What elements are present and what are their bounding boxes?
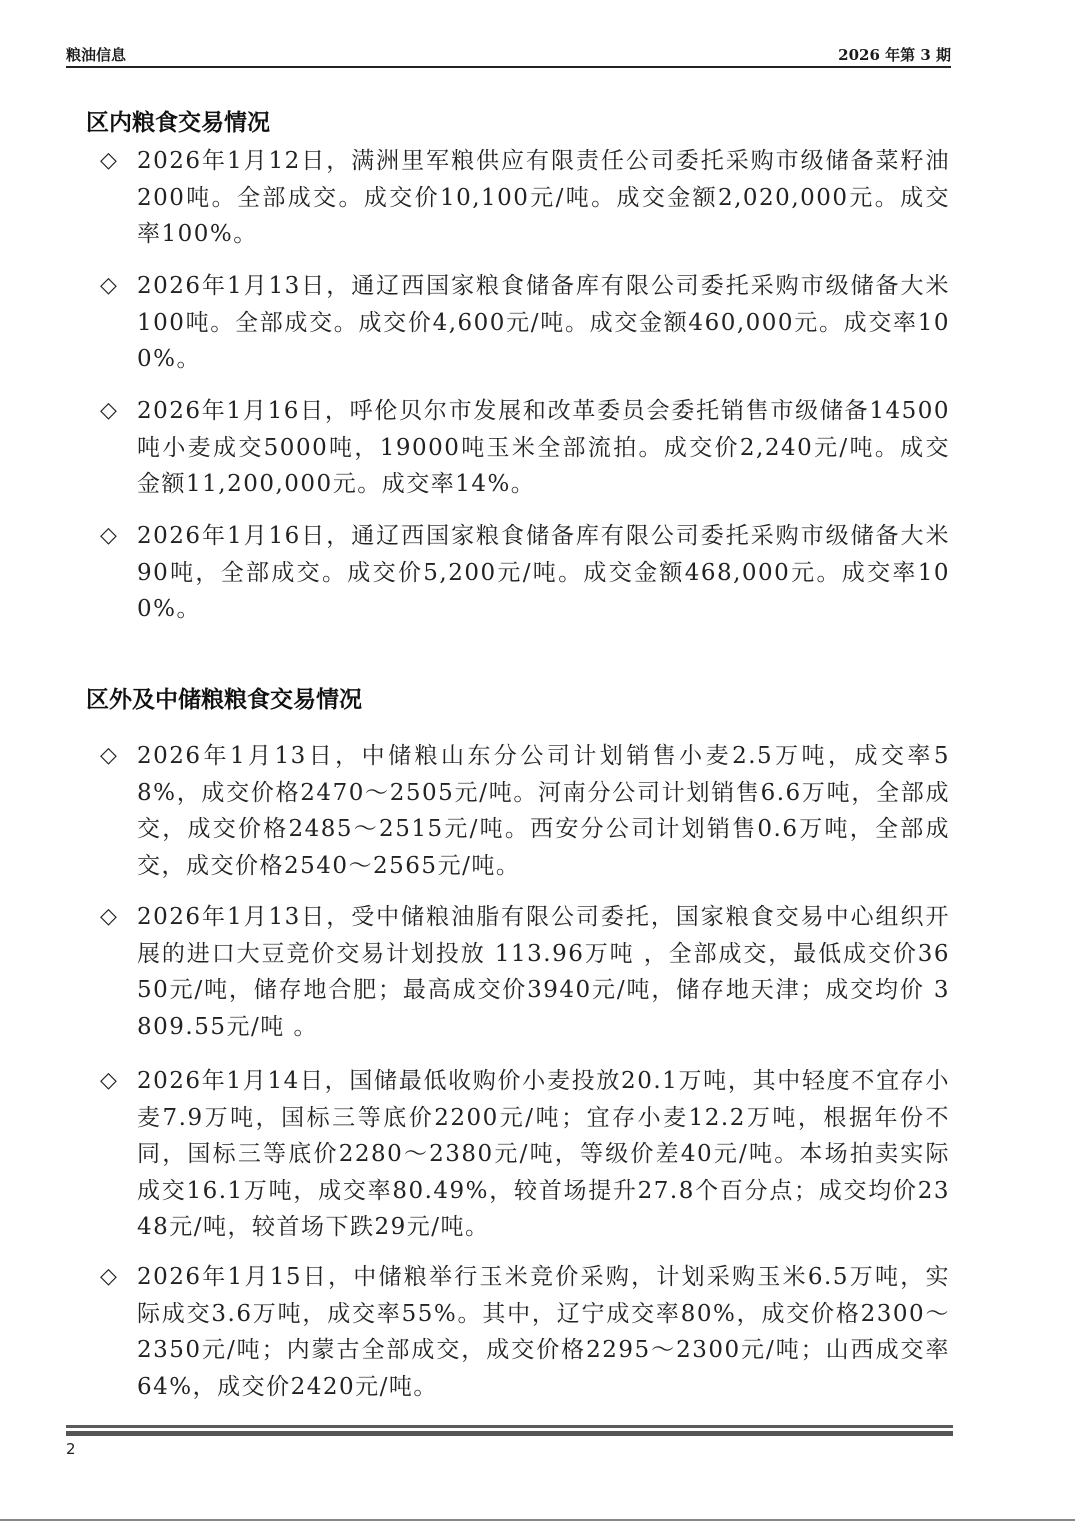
list-item: ◇ 2026年1月13日，通辽西国家粮食储备库有限公司委托采购市级储备大米100… <box>100 268 950 378</box>
list-item: ◇ 2026年1月13日，中储粮山东分公司计划销售小麦2.5万吨，成交率58%，… <box>100 738 950 884</box>
publication-name: 粮油信息 <box>66 44 126 65</box>
page-number: 2 <box>66 1440 76 1458</box>
diamond-bullet-icon: ◇ <box>100 268 130 305</box>
item-text: 2026年1月12日，满洲里军粮供应有限责任公司委托采购市级储备菜籽油200吨。… <box>137 143 950 253</box>
item-text: 2026年1月15日，中储粮举行玉米竞价采购，计划采购玉米6.5万吨，实际成交3… <box>137 1259 950 1405</box>
item-text: 2026年1月13日，受中储粮油脂有限公司委托，国家粮食交易中心组织开展的进口大… <box>137 899 950 1045</box>
running-header: 粮油信息 2026 年第 3 期 <box>66 44 951 68</box>
list-item: ◇ 2026年1月16日，通辽西国家粮食储备库有限公司委托采购市级储备大米90吨… <box>100 518 950 628</box>
list-item: ◇ 2026年1月15日，中储粮举行玉米竞价采购，计划采购玉米6.5万吨，实际成… <box>100 1259 950 1405</box>
diamond-bullet-icon: ◇ <box>100 393 130 430</box>
item-text: 2026年1月14日，国储最低收购价小麦投放20.1万吨，其中轻度不宜存小麦7.… <box>137 1063 950 1246</box>
item-text: 2026年1月13日，中储粮山东分公司计划销售小麦2.5万吨，成交率58%，成交… <box>137 738 950 884</box>
list-item: ◇ 2026年1月16日，呼伦贝尔市发展和改革委员会委托销售市级储备14500吨… <box>100 393 950 503</box>
issue-number: 2026 年第 3 期 <box>838 44 951 65</box>
diamond-bullet-icon: ◇ <box>100 1259 130 1296</box>
diamond-bullet-icon: ◇ <box>100 518 130 555</box>
footer-rule <box>66 1425 953 1428</box>
diamond-bullet-icon: ◇ <box>100 738 130 775</box>
item-text: 2026年1月16日，呼伦贝尔市发展和改革委员会委托销售市级储备14500吨小麦… <box>137 393 950 503</box>
diamond-bullet-icon: ◇ <box>100 899 130 936</box>
section-title-regional: 区内粮食交易情况 <box>86 104 270 137</box>
diamond-bullet-icon: ◇ <box>100 1063 130 1100</box>
section-title-external: 区外及中储粮粮食交易情况 <box>86 681 362 714</box>
footer-rule-thick <box>66 1431 953 1436</box>
item-text: 2026年1月13日，通辽西国家粮食储备库有限公司委托采购市级储备大米100吨。… <box>137 268 950 378</box>
list-item: ◇ 2026年1月12日，满洲里军粮供应有限责任公司委托采购市级储备菜籽油200… <box>100 143 950 253</box>
item-text: 2026年1月16日，通辽西国家粮食储备库有限公司委托采购市级储备大米90吨，全… <box>137 518 950 628</box>
list-item: ◇ 2026年1月14日，国储最低收购价小麦投放20.1万吨，其中轻度不宜存小麦… <box>100 1063 950 1246</box>
diamond-bullet-icon: ◇ <box>100 143 130 180</box>
list-item: ◇ 2026年1月13日，受中储粮油脂有限公司委托，国家粮食交易中心组织开展的进… <box>100 899 950 1045</box>
